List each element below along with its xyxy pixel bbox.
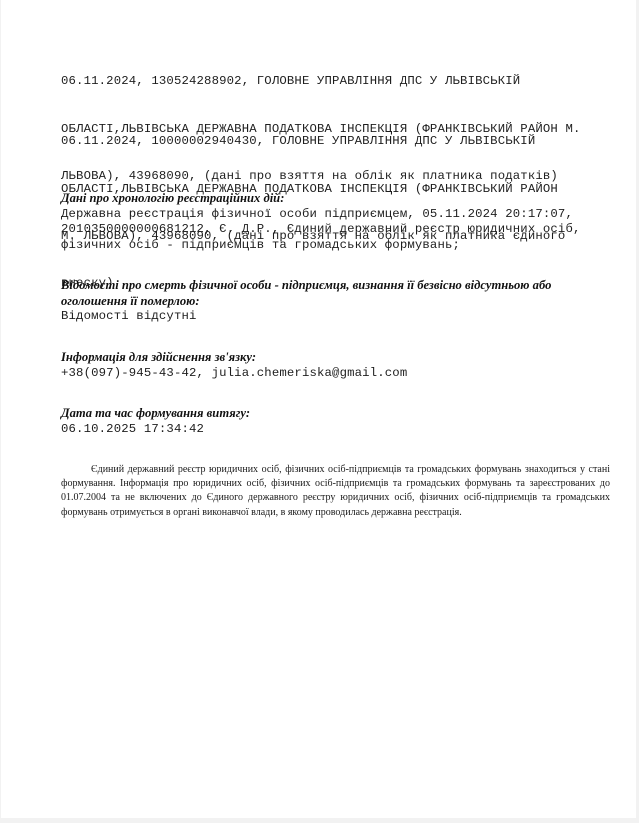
death-info-section: Відомості про смерть фізичної особи - пі… xyxy=(61,278,551,325)
contact-info-value: +38(097)-945-43-42, julia.chemeriska@gma… xyxy=(61,366,407,382)
death-info-value: Відомості відсутні xyxy=(61,309,551,325)
tax-record-line: 06.11.2024, 130524288902, ГОЛОВНЕ УПРАВЛ… xyxy=(61,74,581,90)
death-info-heading: Відомості про смерть фізичної особи - пі… xyxy=(61,278,551,294)
extract-datetime-heading: Дата та час формування витягу: xyxy=(61,406,250,422)
document-page: 06.11.2024, 130524288902, ГОЛОВНЕ УПРАВЛ… xyxy=(1,0,636,818)
registry-disclaimer-note: Єдиний державний реєстр юридичних осіб, … xyxy=(61,463,610,520)
registration-history-heading: Дані про хронологію реєстраційних дій: xyxy=(61,191,581,207)
registration-history-section: Дані про хронологію реєстраційних дій: Д… xyxy=(61,191,581,254)
tax-record-line: 06.11.2024, 10000002940430, ГОЛОВНЕ УПРА… xyxy=(61,134,565,150)
extract-datetime-section: Дата та час формування витягу: 06.10.202… xyxy=(61,406,250,437)
contact-info-section: Інформація для здійснення зв'язку: +38(0… xyxy=(61,350,407,381)
death-info-heading: оголошення її померлою: xyxy=(61,294,551,310)
registration-history-line: фізичних осіб - підприємців та громадськ… xyxy=(61,238,581,254)
registration-history-line: 2010350000000681212, Є. Д.Р., Єдиний дер… xyxy=(61,222,581,238)
registration-history-line: Державна реєстрація фізичної особи підпр… xyxy=(61,207,581,223)
contact-info-heading: Інформація для здійснення зв'язку: xyxy=(61,350,407,366)
extract-datetime-value: 06.10.2025 17:34:42 xyxy=(61,422,250,438)
